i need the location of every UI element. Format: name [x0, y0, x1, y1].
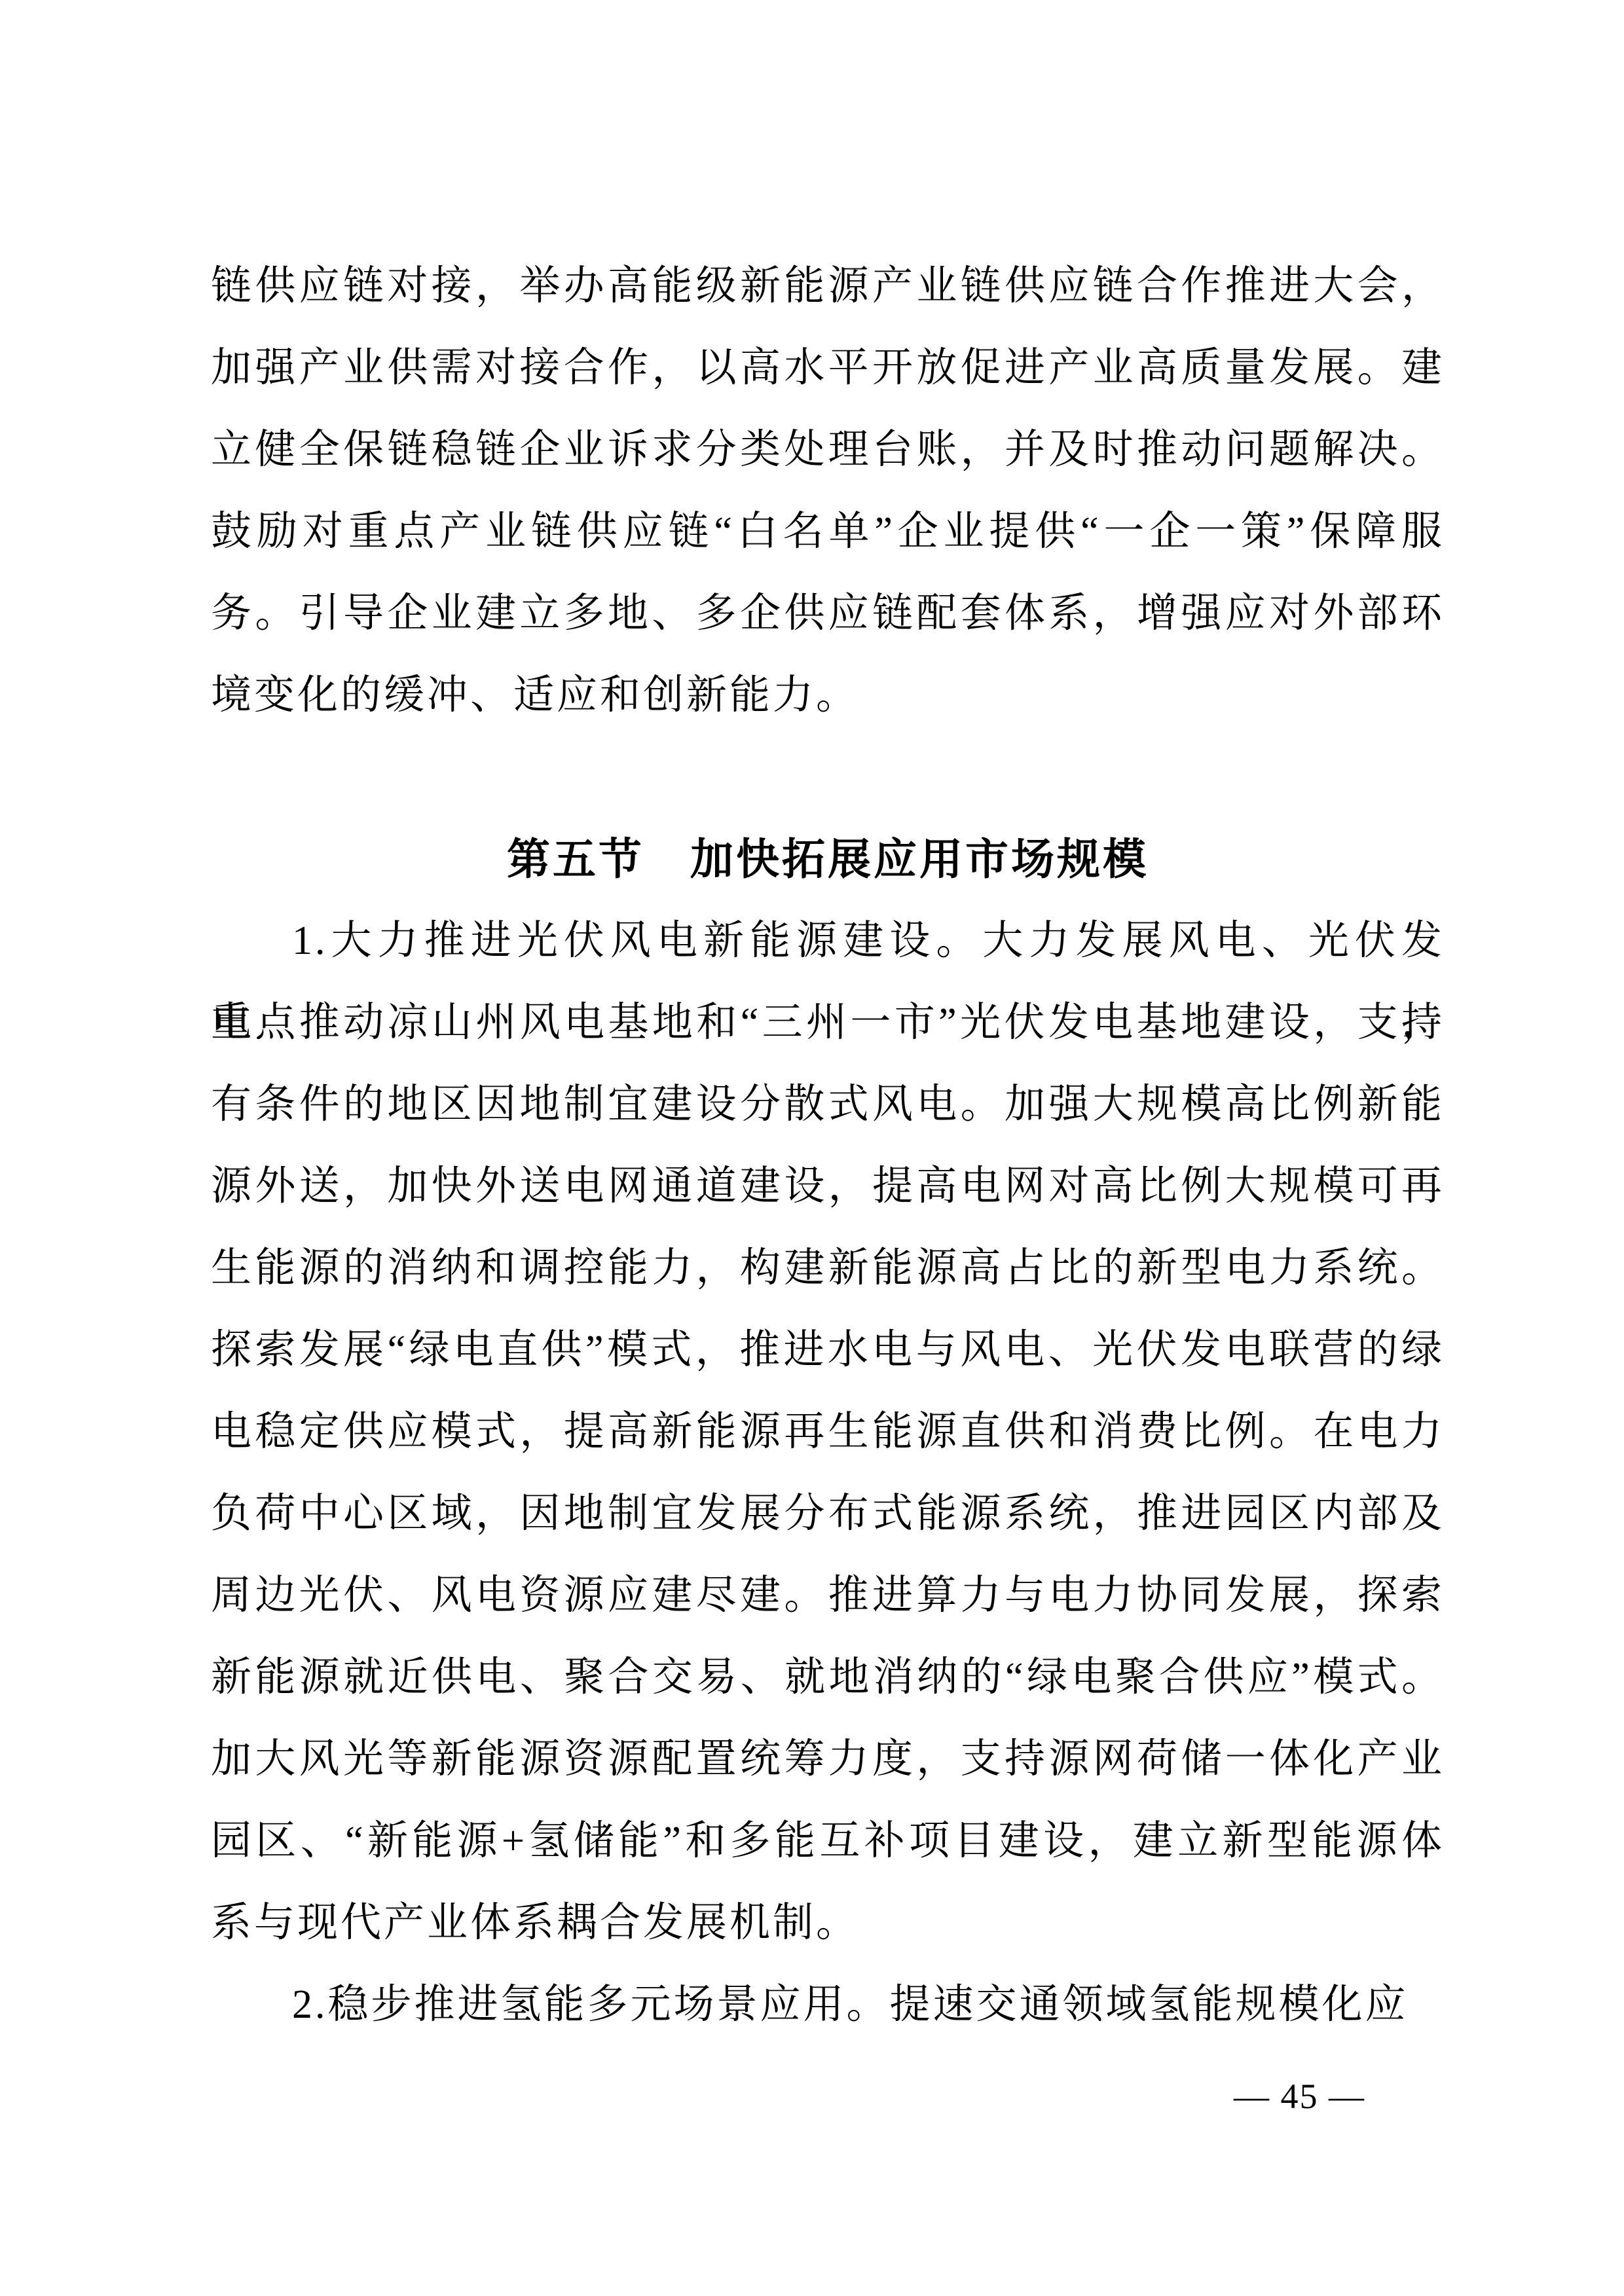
text-block: 链供应链对接，举办高能级新能源产业链供应链合作推进大会，加强产业供需对接合作，以… — [211, 246, 1445, 2046]
text-line: 园区、“新能源+氢储能”和多能互补项目建设，建立新型能源体 — [211, 1800, 1445, 1882]
text-line: 1.大力推进光伏风电新能源建设。大力发展风电、光伏发电， — [211, 900, 1445, 982]
text-line: 鼓励对重点产业链供应链“白名单”企业提供“一企一策”保障服 — [211, 491, 1445, 573]
text-line: 加强产业供需对接合作，以高水平开放促进产业高质量发展。建 — [211, 327, 1445, 409]
text-line: 2.稳步推进氢能多元场景应用。提速交通领域氢能规模化应 — [211, 1964, 1445, 2046]
intro-paragraph: 链供应链对接，举办高能级新能源产业链供应链合作推进大会，加强产业供需对接合作，以… — [211, 246, 1445, 737]
text-line: 务。引导企业建立多地、多企供应链配套体系，增强应对外部环 — [211, 573, 1445, 655]
text-line: 电稳定供应模式，提高新能源再生能源直供和消费比例。在电力 — [211, 1391, 1445, 1473]
text-line: 源外送，加快外送电网通道建设，提高电网对高比例大规模可再 — [211, 1146, 1445, 1228]
text-line: 有条件的地区因地制宜建设分散式风电。加强大规模高比例新能 — [211, 1064, 1445, 1146]
text-line: 生能源的消纳和调控能力，构建新能源高占比的新型电力系统。 — [211, 1228, 1445, 1309]
document-page: 链供应链对接，举办高能级新能源产业链供应链合作推进大会，加强产业供需对接合作，以… — [0, 0, 1624, 2296]
section-heading: 第五节 加快拓展应用市场规模 — [211, 818, 1445, 900]
text-line: 境变化的缓冲、适应和创新能力。 — [211, 655, 1445, 737]
text-line: 负荷中心区域，因地制宜发展分布式能源系统，推进园区内部及 — [211, 1473, 1445, 1555]
text-line: 链供应链对接，举办高能级新能源产业链供应链合作推进大会， — [211, 246, 1445, 327]
text-line: 加大风光等新能源资源配置统筹力度，支持源网荷储一体化产业 — [211, 1719, 1445, 1800]
text-line: 周边光伏、风电资源应建尽建。推进算力与电力协同发展，探索 — [211, 1555, 1445, 1637]
text-line: 新能源就近供电、聚合交易、就地消纳的“绿电聚合供应”模式。 — [211, 1637, 1445, 1719]
text-line: 探索发展“绿电直供”模式，推进水电与风电、光伏发电联营的绿 — [211, 1309, 1445, 1391]
paragraph-2: 2.稳步推进氢能多元场景应用。提速交通领域氢能规模化应 — [211, 1964, 1445, 2046]
paragraph-1: 1.大力推进光伏风电新能源建设。大力发展风电、光伏发电，重点推动凉山州风电基地和… — [211, 900, 1445, 1964]
text-line: 重点推动凉山州风电基地和“三州一市”光伏发电基地建设，支持 — [211, 982, 1445, 1064]
page-number: — 45 — — [1234, 2079, 1365, 2114]
text-line: 立健全保链稳链企业诉求分类处理台账，并及时推动问题解决。 — [211, 409, 1445, 491]
text-line: 系与现代产业体系耦合发展机制。 — [211, 1882, 1445, 1964]
